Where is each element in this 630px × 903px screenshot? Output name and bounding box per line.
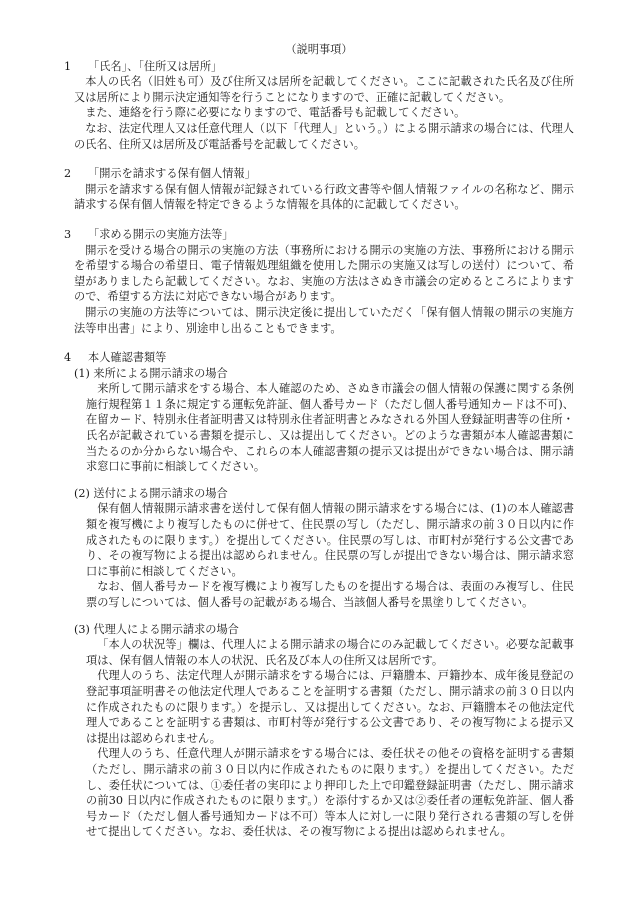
section-title: 「求める開示の実施方法等」 bbox=[88, 228, 233, 241]
subsection-title: 代理人による開示請求の場合 bbox=[93, 623, 238, 636]
spacer bbox=[64, 611, 574, 622]
paragraph: 開示を請求する保有個人情報が記録されている行政文書等や個人情報ファイルの名称など… bbox=[64, 182, 574, 213]
paragraph: 開示を受ける場合の開示の実施の方法（事務所における開示の実施の方法、事務所におけ… bbox=[64, 243, 574, 305]
paragraph: 開示の実施の方法等については、開示決定後に提出していただく「保有個人情報の開示の… bbox=[64, 305, 574, 336]
subsection-heading: (3) 代理人による開示請求の場合 bbox=[74, 622, 574, 638]
subsection-label: (3) bbox=[74, 623, 90, 636]
paragraph: 本人の氏名（旧姓も可）及び住所又は居所を記載してください。ここに記載された氏名及… bbox=[64, 74, 574, 105]
document-title: （説明事項） bbox=[64, 42, 574, 58]
paragraph: また、連絡を行う際に必要になりますので、電話番号も記載してください。 bbox=[64, 105, 574, 121]
paragraph: 「本人の状況等」欄は、代理人による開示請求の場合にのみ記載してください。必要な記… bbox=[74, 637, 574, 668]
section-heading: 3「求める開示の実施方法等」 bbox=[64, 227, 574, 243]
section-number: 1 bbox=[64, 59, 88, 75]
document-page: （説明事項） 1「氏名」、「住所又は居所」 本人の氏名（旧姓も可）及び住所又は居… bbox=[64, 42, 574, 854]
section-2: 2「開示を請求する保有個人情報」 開示を請求する保有個人情報が記録されている行政… bbox=[64, 166, 574, 213]
subsection-heading: (1) 来所による開示請求の場合 bbox=[74, 366, 574, 382]
paragraph: 保有個人情報開示請求書を送付して保有個人情報の開示請求をする場合には、(1)の本… bbox=[74, 501, 574, 579]
subsection-1: (1) 来所による開示請求の場合 来所して開示請求をする場合、本人確認のため、さ… bbox=[64, 366, 574, 475]
section-4: 4本人確認書類等 (1) 来所による開示請求の場合 来所して開示請求をする場合、… bbox=[64, 350, 574, 840]
paragraph: なお、個人番号カードを複写機により複写したものを提出する場合は、表面のみ複写し、… bbox=[74, 579, 574, 610]
section-number: 2 bbox=[64, 166, 88, 182]
paragraph: なお、法定代理人又は任意代理人（以下「代理人」という。）による開示請求の場合には… bbox=[64, 121, 574, 152]
section-title: 「氏名」、「住所又は居所」 bbox=[88, 60, 222, 73]
section-heading: 1「氏名」、「住所又は居所」 bbox=[64, 59, 574, 75]
section-heading: 4本人確認書類等 bbox=[64, 350, 574, 366]
section-3: 3「求める開示の実施方法等」 開示を受ける場合の開示の実施の方法（事務所における… bbox=[64, 227, 574, 336]
subsection-label: (1) bbox=[74, 367, 90, 380]
section-title: 本人確認書類等 bbox=[88, 351, 166, 364]
section-1: 1「氏名」、「住所又は居所」 本人の氏名（旧姓も可）及び住所又は居所を記載してく… bbox=[64, 59, 574, 153]
subsection-label: (2) bbox=[74, 487, 90, 500]
spacer bbox=[64, 475, 574, 486]
subsection-3: (3) 代理人による開示請求の場合 「本人の状況等」欄は、代理人による開示請求の… bbox=[64, 622, 574, 840]
subsection-title: 来所による開示請求の場合 bbox=[93, 367, 227, 380]
paragraph: 代理人のうち、法定代理人が開示請求をする場合には、戸籍謄本、戸籍抄本、成年後見登… bbox=[74, 668, 574, 746]
subsection-title: 送付による開示請求の場合 bbox=[93, 487, 227, 500]
paragraph: 代理人のうち、任意代理人が開示請求をする場合には、委任状その他その資格を証明する… bbox=[74, 746, 574, 840]
section-number: 4 bbox=[64, 350, 88, 366]
subsection-heading: (2) 送付による開示請求の場合 bbox=[74, 486, 574, 502]
section-heading: 2「開示を請求する保有個人情報」 bbox=[64, 166, 574, 182]
section-number: 3 bbox=[64, 227, 88, 243]
section-title: 「開示を請求する保有個人情報」 bbox=[88, 167, 256, 180]
paragraph: 来所して開示請求をする場合、本人確認のため、さぬき市議会の個人情報の保護に関する… bbox=[74, 381, 574, 475]
subsection-2: (2) 送付による開示請求の場合 保有個人情報開示請求書を送付して保有個人情報の… bbox=[64, 486, 574, 611]
